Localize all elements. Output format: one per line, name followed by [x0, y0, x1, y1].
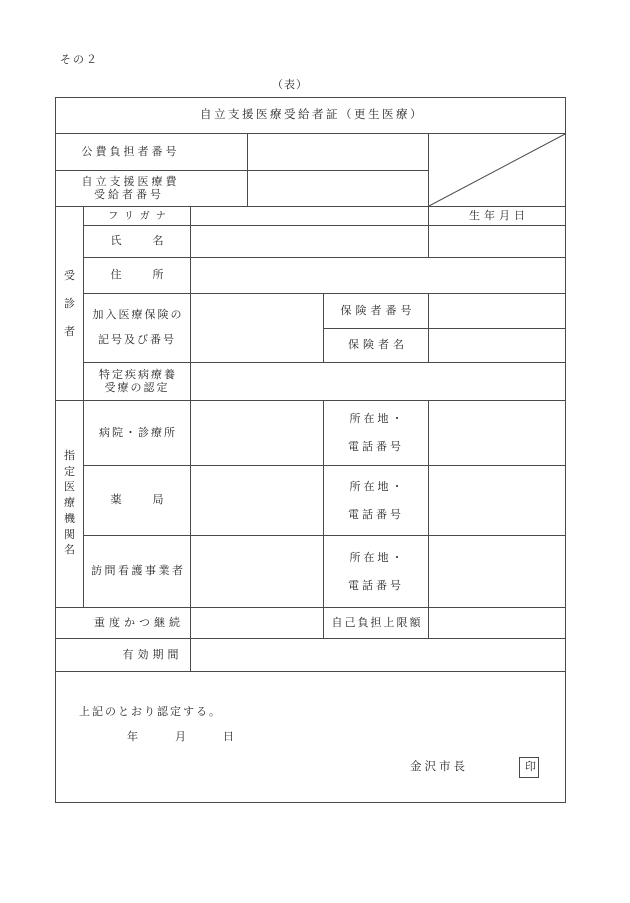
furigana-label: フリガナ [84, 207, 191, 226]
certificate-form-table: 自立支援医療受給者証（更生医療） 公費負担者番号 自立支援医療費 受給者番号 受… [55, 97, 566, 803]
pharmacy-label: 薬 局 [84, 466, 191, 536]
mayor-name: 金沢市長 [407, 760, 468, 775]
date-line: 年 月 日 [124, 730, 239, 744]
face-label: （表） [272, 76, 308, 92]
hospital-clinic-label: 病院・診療所 [84, 401, 191, 466]
home-nursing-location-phone-label: 所在地・ 電話番号 [324, 536, 429, 608]
certification-block: 上記のとおり認定する。 年 月 日 金沢市長 印 [56, 672, 566, 803]
home-nursing-location-phone-field [429, 536, 566, 608]
birth-date-label: 生年月日 [429, 207, 566, 226]
recipient-section-header: 受診者 [56, 207, 84, 401]
severe-continuous-field [191, 608, 324, 639]
severe-continuous-label: 重度かつ継続 [56, 608, 191, 639]
pharmacy-location-phone-field [429, 466, 566, 536]
address-label: 住 所 [84, 258, 191, 294]
furigana-field [191, 207, 429, 226]
diagonal-line [429, 134, 565, 206]
form-title: 自立支援医療受給者証（更生医療） [56, 98, 566, 134]
address-field [191, 258, 566, 294]
institution-section-text: 指定医療機関名 [63, 449, 76, 559]
unused-corner-cell [429, 134, 566, 207]
corner-note: その２ [60, 51, 99, 67]
birth-date-field [429, 226, 566, 258]
name-field [191, 226, 429, 258]
public-payer-number-label: 公費負担者番号 [56, 134, 248, 171]
insurer-number-field [429, 294, 566, 329]
hospital-clinic-field [191, 401, 324, 466]
valid-period-field [191, 639, 566, 672]
insurer-name-field [429, 329, 566, 363]
home-nursing-field [191, 536, 324, 608]
pharmacy-field [191, 466, 324, 536]
insurer-number-label: 保険者番号 [324, 294, 429, 329]
certification-statement: 上記のとおり認定する。 [76, 705, 222, 719]
hospital-location-phone-field [429, 401, 566, 466]
insurance-symbol-label: 加入医療保険の 記号及び番号 [84, 294, 191, 363]
institution-section-header: 指定医療機関名 [56, 401, 84, 608]
valid-period-label: 有効期間 [56, 639, 191, 672]
public-payer-number-field [248, 134, 429, 171]
recipient-number-label: 自立支援医療費 受給者番号 [56, 171, 248, 207]
insurance-symbol-field [191, 294, 324, 363]
pharmacy-location-phone-label: 所在地・ 電話番号 [324, 466, 429, 536]
document-page: その２ （表） 自立支援医療受給者証（更生医療） 公費負担者番号 自立支援医療費… [0, 0, 630, 903]
copay-limit-label: 自己負担上限額 [324, 608, 429, 639]
insurer-name-label: 保険者名 [324, 329, 429, 363]
specified-disease-label: 特定疾病療養 受療の認定 [84, 363, 191, 401]
home-nursing-label: 訪問看護事業者 [84, 536, 191, 608]
specified-disease-field [191, 363, 566, 401]
recipient-section-text: 受診者 [63, 262, 76, 346]
hospital-location-phone-label: 所在地・ 電話番号 [324, 401, 429, 466]
recipient-number-field [248, 171, 429, 207]
seal-mark: 印 [519, 757, 539, 778]
copay-limit-field [429, 608, 566, 639]
name-label: 氏 名 [84, 226, 191, 258]
